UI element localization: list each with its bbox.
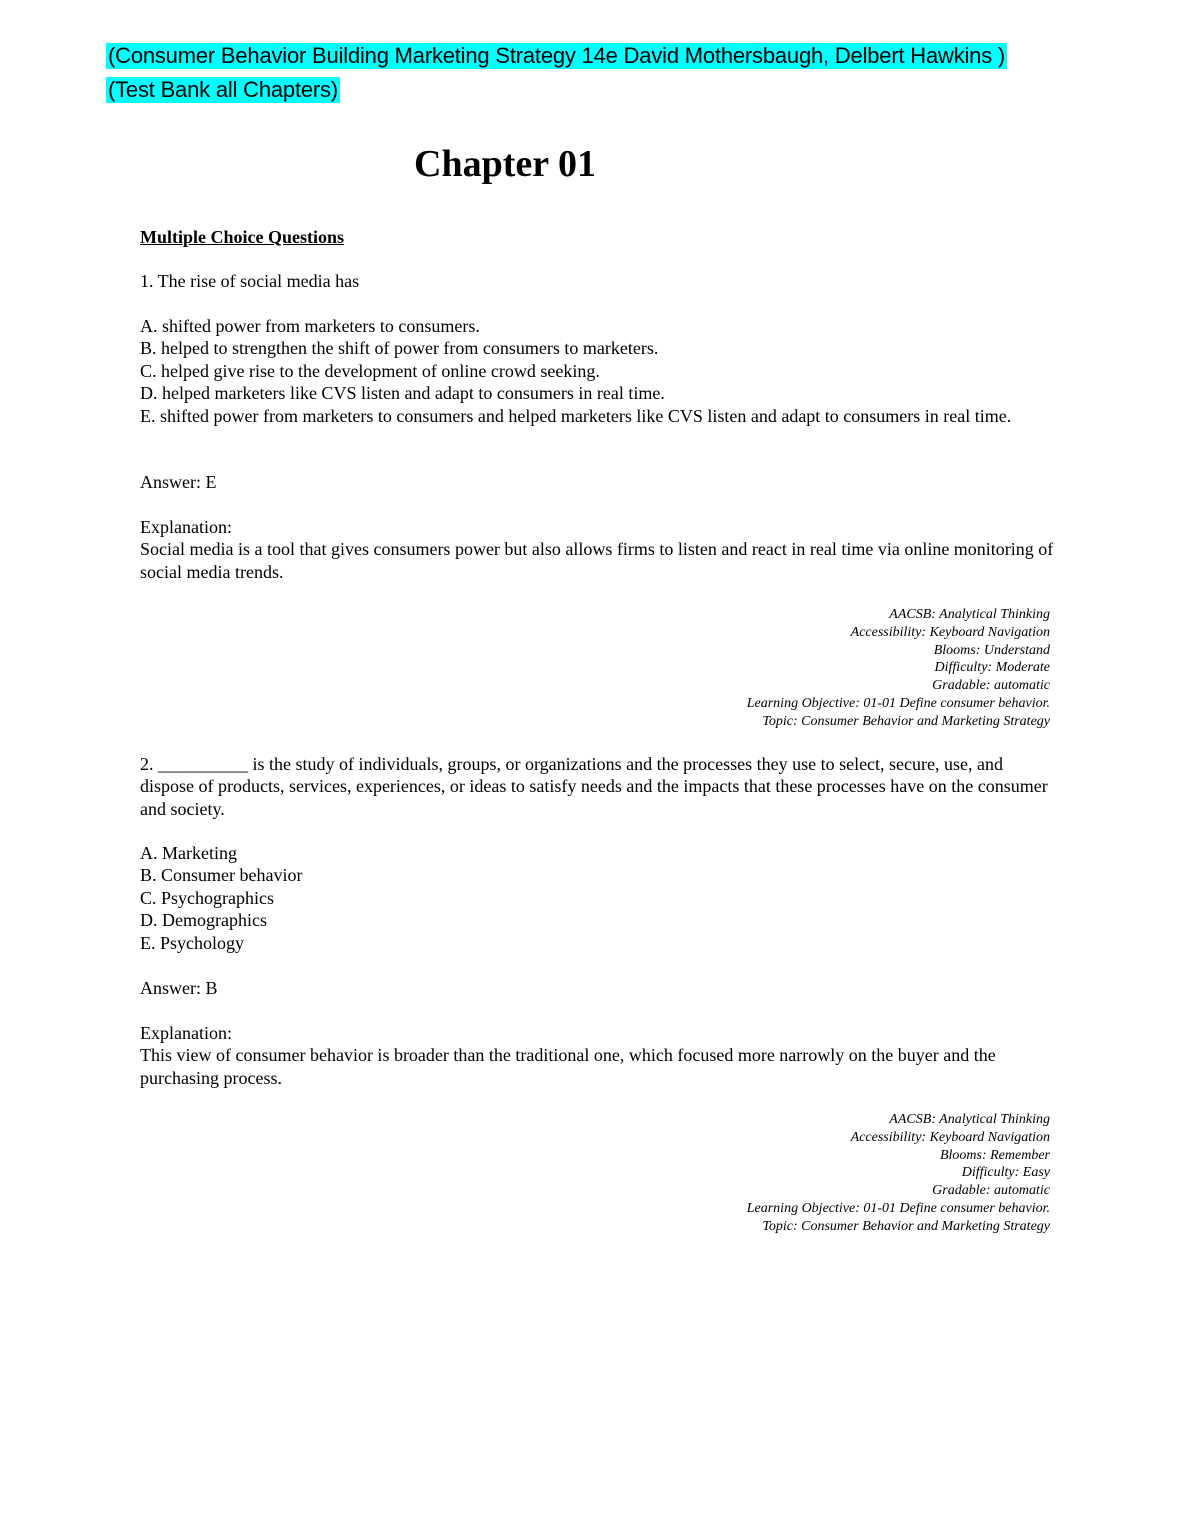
option-e: E. Psychology [140,932,1055,954]
option-c: C. helped give rise to the development o… [140,360,1055,382]
question-2-stem: 2. __________ is the study of individual… [140,753,1055,820]
meta-topic: Topic: Consumer Behavior and Marketing S… [747,1218,1050,1236]
explanation-label: Explanation: [140,516,1055,538]
meta-aacsb: AACSB: Analytical Thinking [747,606,1050,624]
banner-title-line-2: (Test Bank all Chapters) [106,77,340,103]
meta-topic: Topic: Consumer Behavior and Marketing S… [747,713,1050,731]
question-2-metadata: AACSB: Analytical Thinking Accessibility… [747,1111,1050,1236]
chapter-title: Chapter 01 [0,141,1010,187]
option-a: A. shifted power from marketers to consu… [140,315,1055,337]
question-1-stem: 1. The rise of social media has [140,270,1055,292]
question-2-answer: Answer: B [140,977,1055,999]
meta-gradable: Gradable: automatic [747,1182,1050,1200]
option-c: C. Psychographics [140,887,1055,909]
meta-gradable: Gradable: automatic [747,677,1050,695]
question-1-options: A. shifted power from marketers to consu… [140,315,1055,427]
meta-blooms: Blooms: Remember [747,1147,1050,1165]
section-title: Multiple Choice Questions [140,226,344,248]
question-1-answer: Answer: E [140,471,1055,493]
meta-blooms: Blooms: Understand [747,642,1050,660]
meta-aacsb: AACSB: Analytical Thinking [747,1111,1050,1129]
question-1-metadata: AACSB: Analytical Thinking Accessibility… [747,606,1050,731]
meta-difficulty: Difficulty: Moderate [747,659,1050,677]
option-e: E. shifted power from marketers to consu… [140,405,1055,427]
explanation-label: Explanation: [140,1022,1055,1044]
meta-accessibility: Accessibility: Keyboard Navigation [747,1129,1050,1147]
option-b: B. Consumer behavior [140,864,1055,886]
explanation-text: Social media is a tool that gives consum… [140,538,1055,583]
meta-accessibility: Accessibility: Keyboard Navigation [747,624,1050,642]
banner-title-line-1: (Consumer Behavior Building Marketing St… [106,43,1007,69]
option-a: A. Marketing [140,842,1055,864]
question-1-explanation: Explanation: Social media is a tool that… [140,516,1055,583]
question-2-explanation: Explanation: This view of consumer behav… [140,1022,1055,1089]
option-d: D. helped marketers like CVS listen and … [140,382,1055,404]
meta-learning-objective: Learning Objective: 01-01 Define consume… [747,1200,1050,1218]
option-b: B. helped to strengthen the shift of pow… [140,337,1055,359]
option-d: D. Demographics [140,909,1055,931]
explanation-text: This view of consumer behavior is broade… [140,1044,1055,1089]
meta-difficulty: Difficulty: Easy [747,1164,1050,1182]
meta-learning-objective: Learning Objective: 01-01 Define consume… [747,695,1050,713]
question-2-options: A. Marketing B. Consumer behavior C. Psy… [140,842,1055,954]
